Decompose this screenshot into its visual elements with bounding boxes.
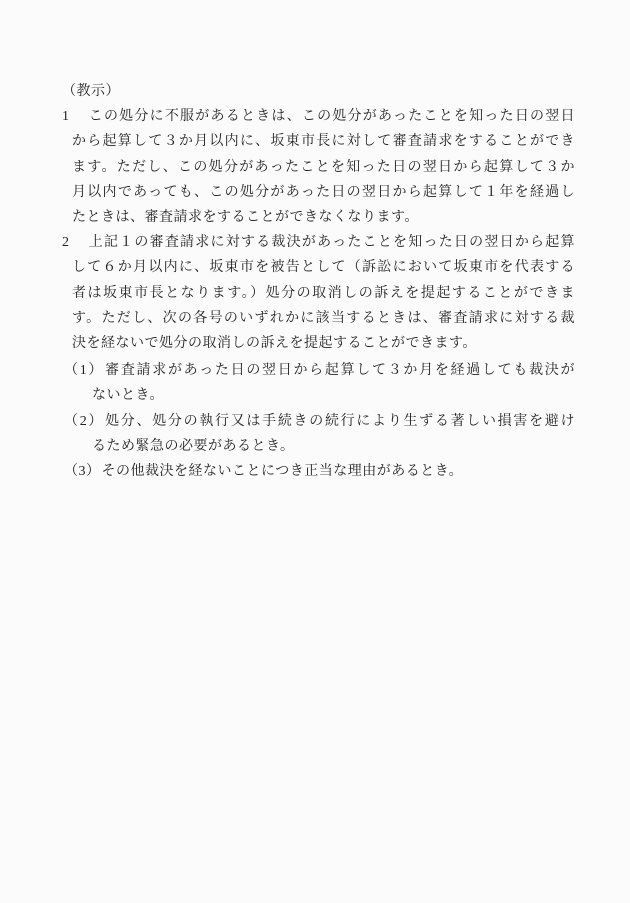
item-1-line-3: ます。ただし、この処分があったことを知った日の翌日から起算して３か — [62, 155, 575, 180]
subitem-2: （2）処分、処分の執行又は手続きの続行により生ずる著しい損害を避け るため緊急の… — [62, 409, 575, 459]
subitem-list: （1）審査請求があった日の翌日から起算して３か月を経過しても裁決が ないとき。 … — [62, 358, 575, 484]
subitem-1-line-2: ないとき。 — [62, 383, 575, 408]
subitem-3: （3）その他裁決を経ないことにつき正当な理由があるとき。 — [62, 459, 575, 484]
subitem-2-line-2: るため緊急の必要があるとき。 — [62, 434, 575, 459]
subitem-1-text: 審査請求があった日の翌日から起算して３か月を経過しても裁決が — [105, 363, 575, 378]
subitem-3-line-1: （3）その他裁決を経ないことにつき正当な理由があるとき。 — [62, 459, 575, 484]
subitem-3-marker: （3） — [64, 464, 101, 479]
numbered-item-1: 1この処分に不服があるときは、この処分があったことを知った日の翌日 から起算して… — [62, 104, 575, 230]
item-2-text: 上記１の審査請求に対する裁決があったことを知った日の翌日から起算 — [88, 235, 575, 250]
item-2-line-3: 者は坂東市長となります。）処分の取消しの訴えを提起することができま — [62, 281, 575, 306]
subitem-2-line-1: （2）処分、処分の執行又は手続きの続行により生ずる著しい損害を避け — [62, 409, 575, 434]
item-1-line-5: たときは、審査請求をすることができなくなります。 — [62, 205, 575, 230]
subitem-1-line-1: （1）審査請求があった日の翌日から起算して３か月を経過しても裁決が — [62, 358, 575, 383]
item-2-line-1: 2上記１の審査請求に対する裁決があったことを知った日の翌日から起算 — [62, 230, 575, 255]
item-1-text: この処分に不服があるときは、この処分があったことを知った日の翌日 — [88, 109, 575, 124]
item-1-line-4: 月以内であっても、この処分があった日の翌日から起算して１年を経過し — [62, 180, 575, 205]
subitem-3-text: その他裁決を経ないことにつき正当な理由があるとき。 — [102, 464, 464, 479]
document-heading: （教示） — [62, 79, 575, 104]
item-2-number: 2 — [62, 230, 88, 255]
item-2-line-5: 決を経ないで処分の取消しの訴えを提起することができます。 — [62, 331, 575, 356]
item-1-line-2: から起算して３か月以内に、坂東市長に対して審査請求をすることができ — [62, 129, 575, 154]
subitem-1-marker: （1） — [64, 363, 104, 378]
item-2-line-2: して６か月以内に、坂東市を被告として（訴訟において坂東市を代表する — [62, 255, 575, 280]
subitem-1: （1）審査請求があった日の翌日から起算して３か月を経過しても裁決が ないとき。 — [62, 358, 575, 408]
item-1-line-1: 1この処分に不服があるときは、この処分があったことを知った日の翌日 — [62, 104, 575, 129]
item-1-number: 1 — [62, 104, 88, 129]
subitem-2-marker: （2） — [64, 414, 104, 429]
document-page: （教示） 1この処分に不服があるときは、この処分があったことを知った日の翌日 か… — [62, 79, 575, 484]
item-2-line-4: す。ただし、次の各号のいずれかに該当するときは、審査請求に対する裁 — [62, 306, 575, 331]
subitem-2-text: 処分、処分の執行又は手続きの続行により生ずる著しい損害を避け — [105, 414, 575, 429]
numbered-item-2: 2上記１の審査請求に対する裁決があったことを知った日の翌日から起算 して６か月以… — [62, 230, 575, 356]
